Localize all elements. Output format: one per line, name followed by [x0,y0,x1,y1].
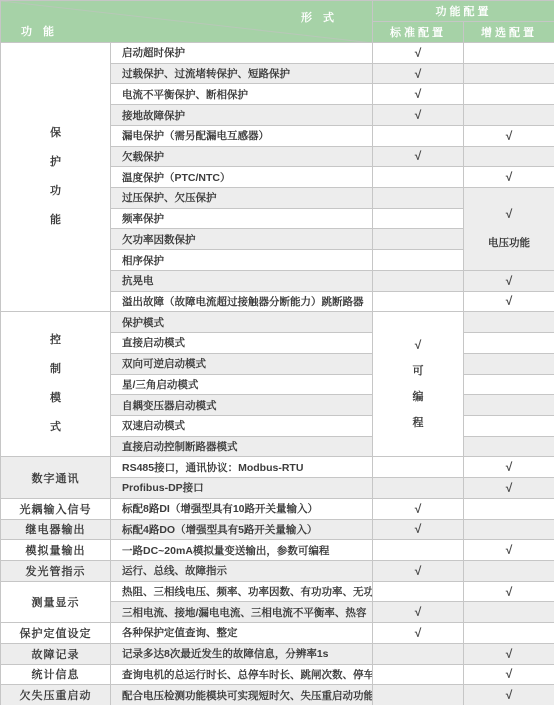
header-diagonal-cell: 形 式 功 能 [1,1,373,43]
optional-config-cell [464,436,554,457]
optional-config-cell: √ [464,270,554,291]
feature-cell: 频率保护 [111,208,373,229]
category-cell-analog-output: 模拟量输出 [1,540,111,561]
optional-config-cell: √ [464,643,554,664]
page: 形 式 功 能 功能配置 标准配置 增选配置 保护功能 启动超时保护 √ 过载保… [0,0,554,705]
standard-config-cell: √ [373,498,464,519]
feature-cell: 自耦变压器启动模式 [111,395,373,416]
optional-config-cell: √ [464,540,554,561]
standard-config-cell [373,581,464,602]
optional-config-cell [464,105,554,126]
optional-config-cell [464,623,554,644]
category-cell-relay-output: 继电器输出 [1,519,111,540]
standard-config-cell [373,457,464,478]
optional-config-cell [464,395,554,416]
feature-cell: 启动超时保护 [111,43,373,64]
optional-config-cell [464,415,554,436]
optional-config-cell [464,560,554,581]
standard-config-cell [373,540,464,561]
category-cell-fault-record: 故障记录 [1,643,111,664]
feature-cell: 记录多达8次最近发生的故障信息，分辨率1s [111,643,373,664]
optional-config-cell [464,498,554,519]
standard-config-cell [373,643,464,664]
standard-config-cell: √ [373,146,464,167]
standard-config-cell: √ [373,63,464,84]
feature-cell: 双速启动模式 [111,415,373,436]
standard-config-cell: √ [373,519,464,540]
feature-cell: 相序保护 [111,250,373,271]
feature-cell: 漏电保护（需另配漏电互感器） [111,125,373,146]
feature-cell: 三相电流、接地/漏电电流、三相电流不平衡率、热容 [111,602,373,623]
standard-config-header: 标准配置 [373,22,464,43]
table-row: 模拟量输出 一路DC~20mA模拟量变送输出，参数可编程 √ [1,540,554,561]
feature-cell: 溢出故障（故障电流超过接触器分断能力）跳断路器 [111,291,373,312]
feature-cell: 查询电机的总运行时长、总停车时长、跳闸次数、停车次数 [111,664,373,685]
table-row: 控制模式 保护模式 √ 可编程 [1,312,554,333]
standard-config-cell: √ [373,623,464,644]
programmable-merged-cell: √ 可编程 [373,312,464,457]
programmable-label: 可编程 [412,358,425,436]
optional-config-cell [464,84,554,105]
optional-config-cell [464,43,554,64]
table-row: 发光管指示 运行、总线、故障指示 √ [1,560,554,581]
optional-config-cell [464,602,554,623]
standard-config-cell: √ [373,602,464,623]
table-row: 光耦输入信号 标配8路DI（增强型具有10路开关量输入） √ [1,498,554,519]
standard-config-cell [373,250,464,271]
optional-config-cell: √ [464,167,554,188]
optional-config-cell [464,519,554,540]
category-cell-opto-input: 光耦输入信号 [1,498,111,519]
standard-config-cell [373,208,464,229]
feature-cell: 直接启动控制断路器模式 [111,436,373,457]
standard-config-cell [373,229,464,250]
feature-cell: 运行、总线、故障指示 [111,560,373,581]
feature-cell: 热阻、三相线电压、频率、功率因数、有功功率、无功功率 [111,581,373,602]
feature-cell: 过载保护、过流堵转保护、短路保护 [111,63,373,84]
category-cell-undervoltage-restart: 欠失压重启动 [1,685,111,705]
config-header-label: 功能配置 [373,1,554,22]
check-mark: √ [464,207,554,221]
feature-cell: 抗晃电 [111,270,373,291]
category-cell-digital-comm: 数字通讯 [1,457,111,498]
feature-cell: 星/三角启动模式 [111,374,373,395]
category-cell-measurement-display: 测量显示 [1,581,111,622]
optional-config-cell [464,146,554,167]
feature-cell: 温度保护（PTC/NTC） [111,167,373,188]
feature-cell: RS485接口，通讯协议：Modbus-RTU [111,457,373,478]
category-cell-control-mode: 控制模式 [1,312,111,457]
category-cell-statistics: 统计信息 [1,664,111,685]
function-config-table: 形 式 功 能 功能配置 标准配置 增选配置 保护功能 启动超时保护 √ 过载保… [0,0,554,705]
feature-cell: Profibus-DP接口 [111,478,373,499]
header-row-1: 形 式 功 能 功能配置 [1,1,554,22]
standard-config-cell: √ [373,105,464,126]
feature-cell: 电流不平衡保护、断相保护 [111,84,373,105]
feature-cell: 保护模式 [111,312,373,333]
table-row: 统计信息 查询电机的总运行时长、总停车时长、跳闸次数、停车次数 √ [1,664,554,685]
form-header-label: 形 式 [301,9,338,25]
standard-config-cell [373,125,464,146]
feature-cell: 欠功率因数保护 [111,229,373,250]
category-cell-protection-setting: 保护定值设定 [1,623,111,644]
feature-cell: 接地故障保护 [111,105,373,126]
feature-cell: 配合电压检测功能模块可实现短时欠、失压重启动功能 [111,685,373,705]
optional-config-cell: √ [464,291,554,312]
optional-config-cell: √ [464,478,554,499]
feature-cell: 欠载保护 [111,146,373,167]
optional-config-cell: √ [464,457,554,478]
table-row: 数字通讯 RS485接口，通讯协议：Modbus-RTU √ [1,457,554,478]
optional-config-cell [464,374,554,395]
feature-cell: 标配8路DI（增强型具有10路开关量输入） [111,498,373,519]
feature-cell: 过压保护、欠压保护 [111,188,373,209]
optional-config-cell: √ [464,664,554,685]
optional-config-cell: √ [464,581,554,602]
standard-config-cell [373,664,464,685]
table-row: 测量显示 热阻、三相线电压、频率、功率因数、有功功率、无功功率 √ [1,581,554,602]
standard-config-cell [373,270,464,291]
function-header-label: 功 能 [21,23,58,39]
standard-config-cell [373,291,464,312]
standard-config-cell [373,685,464,705]
voltage-function-label: 电压功能 [464,235,554,250]
feature-cell: 直接启动模式 [111,333,373,354]
standard-config-cell [373,167,464,188]
feature-cell: 各种保护定值查询、整定 [111,623,373,644]
table-row: 保护定值设定 各种保护定值查询、整定 √ [1,623,554,644]
feature-cell: 标配4路DO（增强型具有5路开关量输入） [111,519,373,540]
optional-config-cell: √ [464,125,554,146]
check-mark: √ [373,332,463,358]
optional-config-cell [464,333,554,354]
table-row: 欠失压重启动 配合电压检测功能模块可实现短时欠、失压重启动功能 √ [1,685,554,705]
table-row: 故障记录 记录多达8次最近发生的故障信息，分辨率1s √ [1,643,554,664]
voltage-function-merged-cell: √ 电压功能 [464,188,554,271]
optional-config-header: 增选配置 [464,22,554,43]
table-row: 继电器输出 标配4路DO（增强型具有5路开关量输入） √ [1,519,554,540]
standard-config-cell: √ [373,560,464,581]
standard-config-cell: √ [373,84,464,105]
optional-config-cell [464,63,554,84]
optional-config-cell: √ [464,685,554,705]
category-cell-led-indicator: 发光管指示 [1,560,111,581]
table-row: 保护功能 启动超时保护 √ [1,43,554,64]
standard-config-cell: √ [373,43,464,64]
feature-cell: 双向可逆启动模式 [111,353,373,374]
feature-cell: 一路DC~20mA模拟量变送输出，参数可编程 [111,540,373,561]
category-cell-protection: 保护功能 [1,43,111,312]
standard-config-cell [373,188,464,209]
standard-config-cell [373,478,464,499]
optional-config-cell [464,353,554,374]
optional-config-cell [464,312,554,333]
